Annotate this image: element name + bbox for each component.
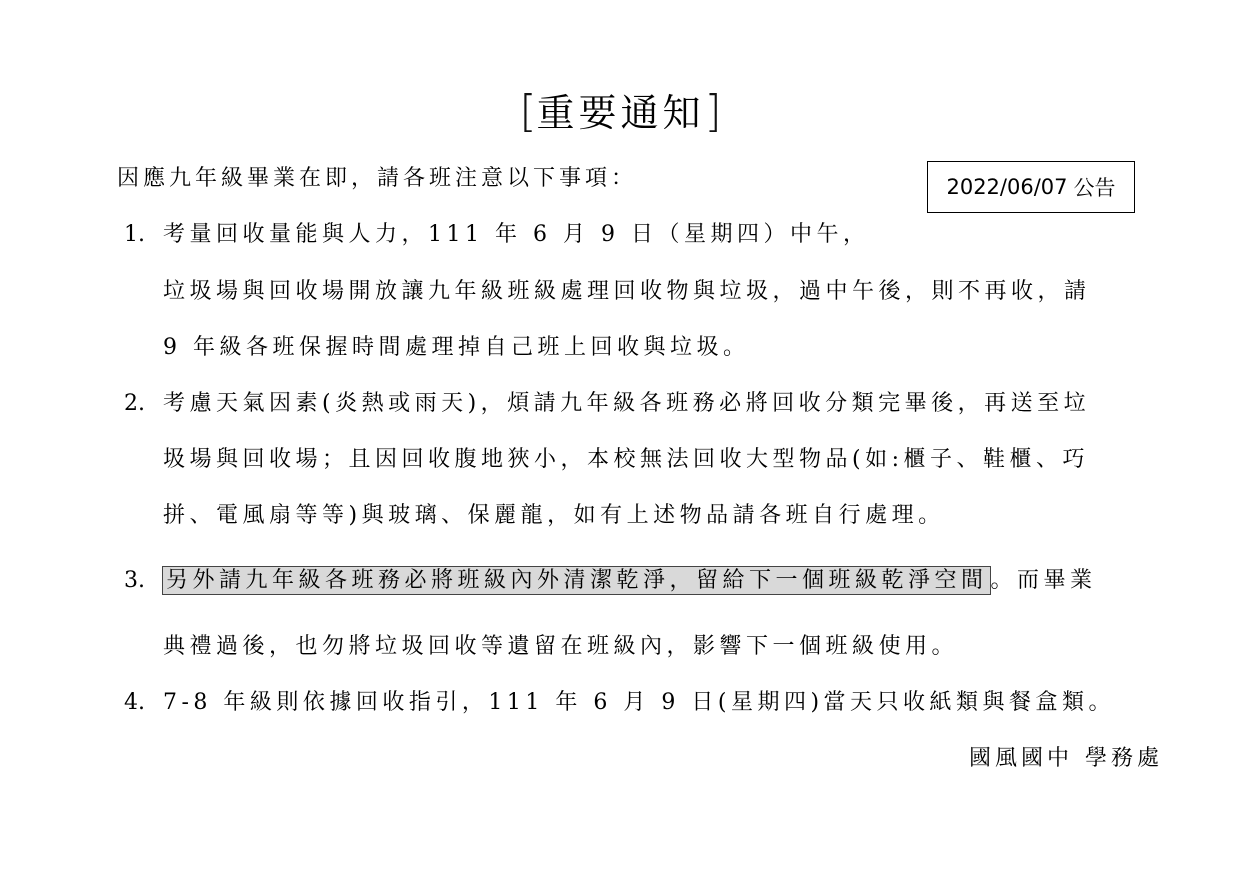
announcement-date: 2022/06/07 bbox=[946, 175, 1067, 199]
item-3-line-1: 另外請九年級各班務必將班級內外清潔乾淨，留給下一個班級乾淨空間。而畢業 bbox=[162, 564, 1097, 598]
notice-document: [重要通知] 因應九年級畢業在即，請各班注意以下事項： 2022/06/07 公… bbox=[0, 0, 1241, 874]
item-2-line-2: 圾場與回收場；且因回收腹地狹小，本校無法回收大型物品(如:櫃子、鞋櫃、巧 bbox=[163, 443, 1089, 477]
signature-school: 國風國中 bbox=[969, 746, 1073, 771]
item-1-line-1: 考量回收量能與人力，111 年 6 月 9 日（星期四）中午， bbox=[163, 218, 869, 252]
item-3-line-2: 典禮過後，也勿將垃圾回收等遺留在班級內，影響下一個班級使用。 bbox=[163, 630, 958, 664]
item-1-line-2: 垃圾場與回收場開放讓九年級班級處理回收物與垃圾，過中午後，則不再收，請 bbox=[163, 275, 1091, 309]
item-2-line-1: 考慮天氣因素(炎熱或雨天)，煩請九年級各班務必將回收分類完畢後，再送至垃 bbox=[163, 387, 1090, 421]
announcement-label: 公告 bbox=[1074, 172, 1116, 202]
title-open-bracket: [ bbox=[519, 86, 536, 137]
item-4-line-1: 7-8 年級則依據回收指引，111 年 6 月 9 日(星期四)當天只收紙類與餐… bbox=[163, 686, 1115, 720]
intro-text: 因應九年級畢業在即，請各班注意以下事項： bbox=[117, 162, 637, 196]
title-text: 重要通知 bbox=[536, 91, 704, 135]
page-title: [重要通知] bbox=[0, 86, 1241, 139]
highlighted-instruction: 另外請九年級各班務必將班級內外清潔乾淨，留給下一個班級乾淨空間 bbox=[162, 566, 991, 595]
item-2-line-3: 拼、電風扇等等)與玻璃、保麗龍，如有上述物品請各班自行處理。 bbox=[163, 499, 945, 533]
item-3-number: 3. bbox=[124, 564, 145, 598]
signature: 國風國中學務處 bbox=[969, 742, 1163, 776]
item-3-line-1-rest: 。而畢業 bbox=[991, 568, 1097, 593]
item-1-line-3: 9 年級各班保握時間處理掉自己班上回收與垃圾。 bbox=[163, 331, 750, 365]
title-close-bracket: ] bbox=[705, 86, 722, 137]
item-4-number: 4. bbox=[124, 686, 145, 720]
item-2-number: 2. bbox=[124, 387, 145, 421]
item-1-number: 1. bbox=[124, 218, 145, 252]
signature-office: 學務處 bbox=[1085, 746, 1163, 771]
announcement-date-box: 2022/06/07 公告 bbox=[927, 161, 1135, 213]
